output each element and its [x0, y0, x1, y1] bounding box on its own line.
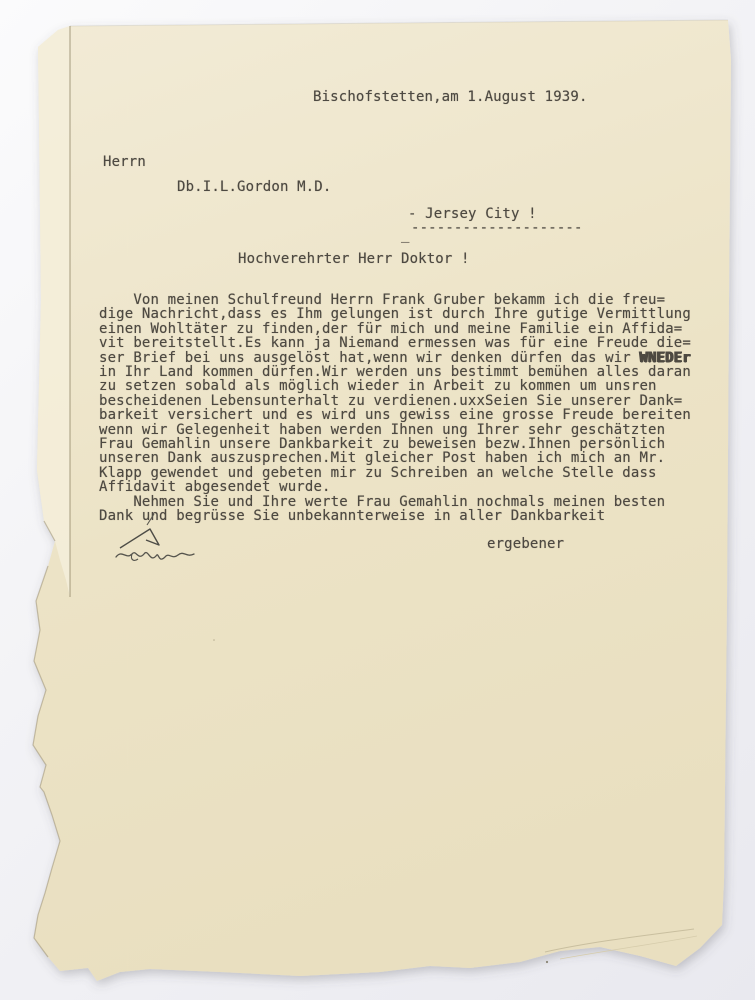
recipient-name: Db.I.L.Gordon M.D. — [177, 180, 331, 194]
valediction: ergebener — [487, 537, 564, 551]
body-line: Von meinen Schulfreund Herrn Frank Grube… — [99, 293, 691, 307]
recipient-herrn: Herrn — [103, 155, 146, 169]
body-line: dige Nachricht,dass es Ihm gelungen ist … — [99, 307, 691, 321]
body-line-overstrike: ser Brief bei uns ausgelöst hat,wenn wir… — [99, 351, 691, 365]
body-line: Frau Gemahlin unsere Dankbarkeit zu bewe… — [99, 437, 691, 451]
body-line: barkeit versichert und es wird uns gewis… — [99, 408, 691, 422]
body-line: wenn wir Gelegenheit haben werden Ihnen … — [99, 423, 691, 437]
letter-body: Von meinen Schulfreund Herrn Frank Grube… — [99, 293, 691, 524]
city-underline-tail: _ — [401, 228, 410, 242]
dateline: Bischofstetten,am 1.August 1939. — [313, 90, 588, 104]
body-line: Klapp gewendet und gebeten mir zu Schrei… — [99, 466, 691, 480]
body-line: Nehmen Sie und Ihre werte Frau Gemahlin … — [99, 495, 691, 509]
body-line: Dank und begrüsse Sie unbekannterweise i… — [99, 509, 691, 523]
body-line: einen Wohltäter zu finden,der für mich u… — [99, 322, 691, 336]
photo-backdrop: Bischofstetten,am 1.August 1939. Herrn D… — [0, 0, 755, 1000]
body-line: unseren Dank auszusprechen.Mit gleicher … — [99, 451, 691, 465]
body-line: zu setzen sobald als möglich wieder in A… — [99, 379, 691, 393]
body-line: vit bereitstellt.Es kann ja Niemand erme… — [99, 336, 691, 350]
pencil-comma-mark — [144, 511, 158, 527]
body-line: bescheidenen Lebensunterhalt zu verdiene… — [99, 394, 691, 408]
handwritten-mark — [110, 524, 205, 572]
salutation: Hochverehrter Herr Doktor ! — [238, 252, 470, 266]
city-underline: -------------------- — [411, 221, 583, 235]
body-line: in Ihr Land kommen dürfen.Wir werden uns… — [99, 365, 691, 379]
letter-content: Bischofstetten,am 1.August 1939. Herrn D… — [0, 0, 755, 1000]
body-line: Affidavit abgesendet wurde. — [99, 480, 691, 494]
